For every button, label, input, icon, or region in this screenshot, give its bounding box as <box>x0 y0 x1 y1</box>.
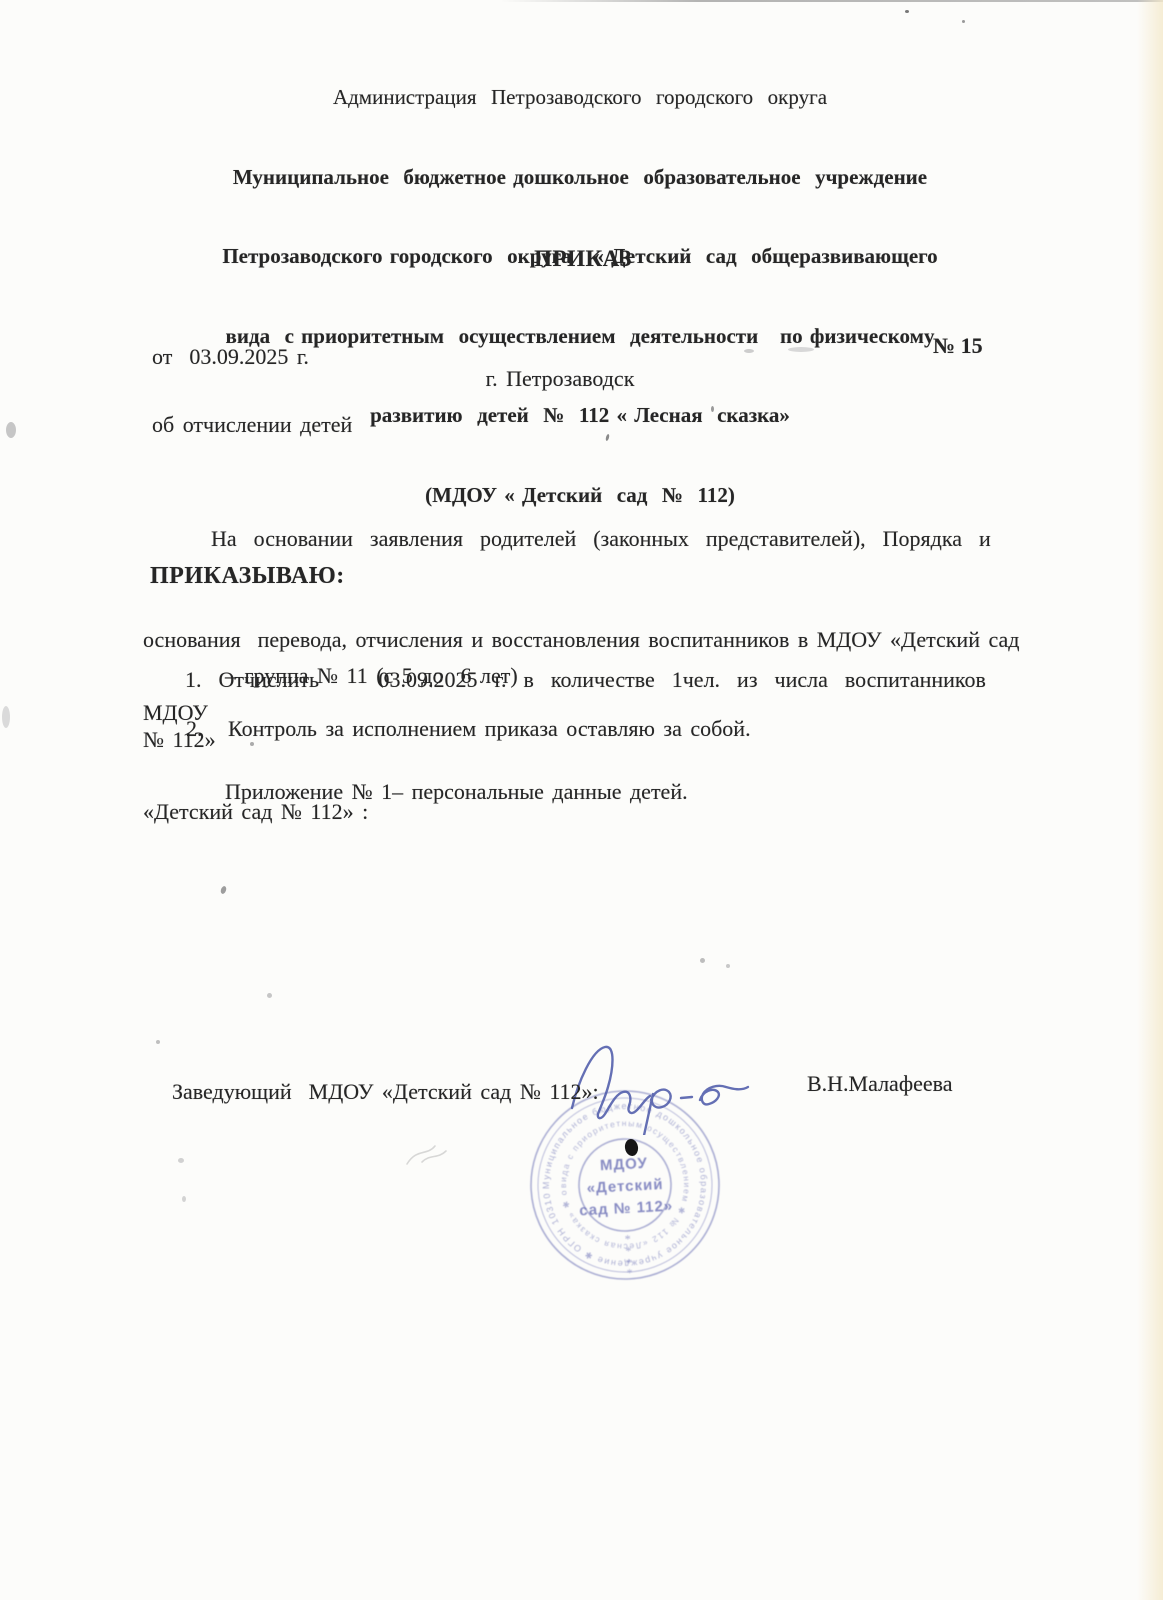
stamp-asterisk: * <box>626 1266 633 1280</box>
pencil-squiggle <box>402 1136 472 1171</box>
scan-speck <box>962 20 965 23</box>
document-title: ПРИКАЗ <box>0 246 1163 272</box>
org-header-line: Муниципальное бюджетное дошкольное образ… <box>120 164 1040 191</box>
order-number: № 15 <box>933 333 983 359</box>
scan-speck <box>905 10 909 13</box>
scan-speck <box>178 1158 184 1163</box>
signer-name: В.Н.Малафеева <box>807 1071 952 1097</box>
scan-edge-top <box>500 0 1163 2</box>
scan-speck <box>2 706 10 728</box>
scan-speck <box>744 349 754 353</box>
scan-speck <box>156 1040 160 1044</box>
stamp-center-line: «Детский <box>586 1176 664 1197</box>
scan-speck <box>788 347 814 352</box>
scan-speck <box>700 958 705 963</box>
order-subject: об отчислении детей <box>152 412 352 438</box>
attachment-note: Приложение № 1– персональные данные дете… <box>225 779 688 805</box>
scan-speck <box>182 1196 186 1202</box>
scan-edge-right <box>1137 0 1163 1600</box>
resolution-word: ПРИКАЗЫВАЮ: <box>150 563 345 590</box>
scan-speck <box>726 964 730 968</box>
stamp-center-line: МДОУ <box>600 1155 649 1174</box>
order-item-1: 1. Отчислить 03.09.2025 г. в количестве … <box>143 597 1063 894</box>
order-item-1-group: – группа № 11 (с 5 до 6 лет) <box>225 663 518 689</box>
preamble-line: На основании заявления родителей (законн… <box>143 522 1053 556</box>
order-city: г. Петрозаводск <box>0 366 1120 392</box>
scan-speck <box>267 993 272 998</box>
org-header-line: Администрация Петрозаводского городского… <box>120 84 1040 111</box>
order-item-2: 2. Контроль за исполнением приказа остав… <box>186 716 751 742</box>
signer-role: Заведующий МДОУ «Детский сад № 112»: <box>172 1079 599 1105</box>
scan-speck <box>711 406 714 412</box>
scan-speck <box>250 742 254 746</box>
scanned-order-page: Администрация Петрозаводского городского… <box>0 0 1163 1600</box>
scan-speck <box>6 422 16 438</box>
